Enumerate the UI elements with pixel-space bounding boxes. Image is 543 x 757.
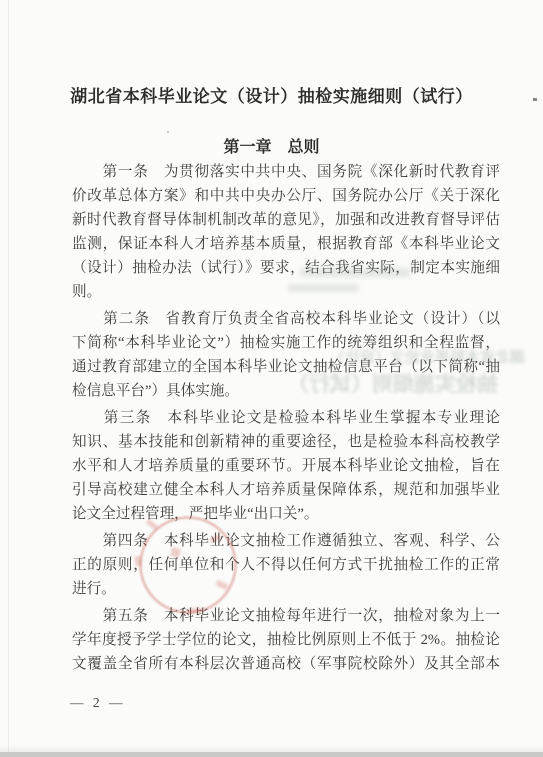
body-line: 论文全过程管理，严把毕业“出口关”。	[72, 502, 500, 526]
body-line: 新时代教育督导体制机制改革的意见》，加强和改进教育督导评估	[72, 208, 500, 232]
scan-edge-left	[8, 0, 9, 757]
body-line: 价改革总体方案》和中共中央办公厅、国务院办公厅《关于深化	[72, 184, 500, 208]
scan-speck	[533, 98, 537, 101]
body-line: （设计）抽检办法（试行）》要求，结合我省实际，制定本实施细	[72, 256, 500, 280]
body-line: 第三条 本科毕业论文是检验本科毕业生掌握本专业理论	[72, 406, 500, 430]
body-line: 学年度授予学士学位的论文，抽检比例原则上不低于 2%。抽检论	[72, 628, 500, 652]
body-line: 则。	[72, 280, 500, 304]
body-line: 引导高校建立健全本科人才培养质量保障体系，规范和加强毕业	[72, 478, 500, 502]
body-line: 知识、基本技能和创新精神的重要途径，也是检验本科高校教学	[72, 430, 500, 454]
bleedthrough-title-line1: 湖北省本科毕业论文（设计）	[330, 346, 525, 367]
bleedthrough-smudge	[288, 284, 358, 292]
page-number: — 2 —	[70, 695, 126, 711]
body-line: 水平和人才培养质量的重要环节。开展本科毕业论文抽检，旨在	[72, 454, 500, 478]
seal-bleedthrough-circle	[139, 516, 237, 614]
body-line: 进行。	[72, 577, 500, 601]
chapter-heading: 第一章 总则	[0, 134, 543, 157]
document-page: 湖北省本科毕业论文（设计）抽检实施细则（试行） 第一章 总则 第一条 为贯彻落实…	[0, 0, 543, 757]
body-line: 第五条 本科毕业论文抽检每年进行一次，抽检对象为上一	[72, 604, 500, 628]
bleedthrough-title-line2: 抽检实施细则（试行）	[288, 368, 498, 398]
bleedthrough-smudge	[300, 268, 410, 277]
body-line: 第二条 省教育厅负责全省高校本科毕业论文（设计）（以	[72, 307, 500, 331]
document-body: 第一条 为贯彻落实中共中央、国务院《深化新时代教育评价改革总体方案》和中共中央办…	[72, 160, 500, 676]
scan-edge-shadow	[0, 744, 543, 752]
document-title: 湖北省本科毕业论文（设计）抽检实施细则（试行）	[0, 82, 543, 107]
body-line: 文覆盖全省所有本科层次普通高校（军事院校除外）及其全部本	[72, 652, 500, 676]
scan-edge-bottom	[0, 752, 543, 757]
body-line: 第一条 为贯彻落实中共中央、国务院《深化新时代教育评	[72, 160, 500, 184]
scan-speck	[167, 131, 169, 133]
paragraph: 第一条 为贯彻落实中共中央、国务院《深化新时代教育评价改革总体方案》和中共中央办…	[72, 160, 500, 304]
paragraph: 第五条 本科毕业论文抽检每年进行一次，抽检对象为上一学年度授予学士学位的论文，抽…	[72, 604, 500, 676]
body-line: 监测，保证本科人才培养基本质量，根据教育部《本科毕业论文	[72, 232, 500, 256]
body-line: 第四条 本科毕业论文抽检工作遵循独立、客观、科学、公	[72, 529, 500, 553]
paragraph: 第三条 本科毕业论文是检验本科毕业生掌握本专业理论知识、基本技能和创新精神的重要…	[72, 406, 500, 526]
